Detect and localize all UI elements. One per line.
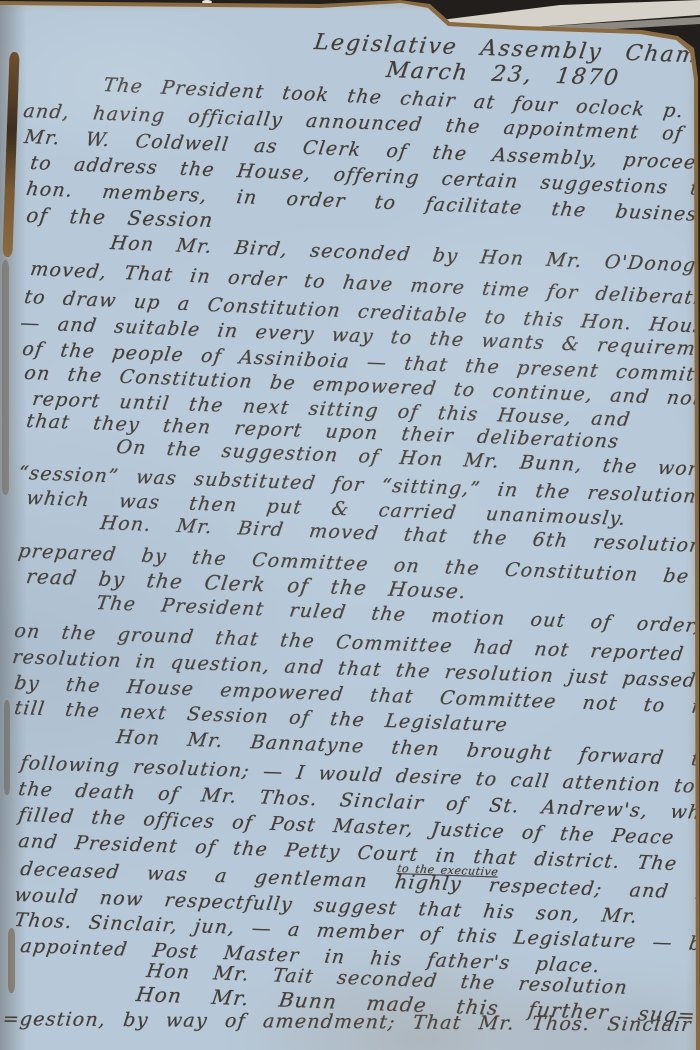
photo-background: Legislative Assembly Chamber March 23, 1…: [0, 0, 700, 1050]
binding-damage: [2, 52, 19, 257]
binding-damage: [8, 928, 15, 993]
binding-damage: [2, 260, 9, 495]
manuscript-line: =gestion, by way of amendment; That Mr. …: [1, 1008, 692, 1036]
manuscript-line: of the Session: [25, 203, 215, 232]
manuscript-page: Legislative Assembly Chamber March 23, 1…: [0, 0, 700, 1050]
binding-damage: [4, 700, 10, 795]
